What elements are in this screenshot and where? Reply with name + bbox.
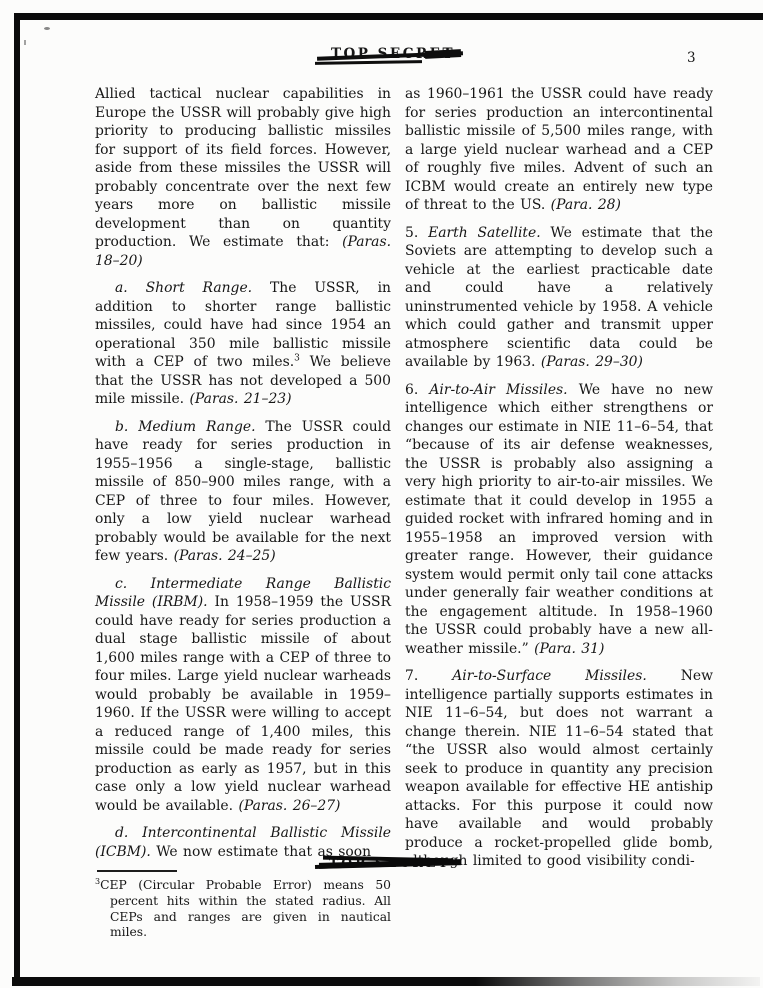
text-columns: Allied tactical nuclear capabilities in … bbox=[95, 85, 713, 941]
scan-artifact bbox=[24, 40, 26, 45]
footnote-body: CEP (Circular Probable Error) means 50 p… bbox=[100, 878, 391, 939]
document-page: TOP SECRET 3 Allied tactical nuclear cap… bbox=[0, 0, 763, 988]
paragraph: Allied tactical nuclear capabilities in … bbox=[95, 85, 391, 270]
text-segment: (Paras. 24–25) bbox=[174, 548, 276, 564]
text-segment: a. Short Range. bbox=[115, 280, 252, 296]
text-segment: Air-to-Surface Missiles. bbox=[452, 668, 647, 684]
text-segment: The USSR could have ready for series pro… bbox=[95, 419, 391, 565]
text-segment: Allied tactical nuclear capabilities in … bbox=[95, 86, 391, 250]
text-segment: Air-to-Air Missiles. bbox=[429, 382, 567, 398]
right-column: as 1960–1961 the USSR could have ready f… bbox=[405, 85, 713, 941]
page-number: 3 bbox=[687, 50, 696, 66]
text-segment: We have no new intelligence which either… bbox=[405, 382, 713, 657]
scan-edge-bottom bbox=[12, 977, 760, 986]
classification-footer: TOP SECRET bbox=[329, 855, 451, 870]
text-segment: b. Medium Range. bbox=[115, 419, 256, 435]
text-segment: as 1960–1961 the USSR could have ready f… bbox=[405, 86, 713, 213]
footnote: 3CEP (Circular Probable Error) means 50 … bbox=[95, 870, 391, 941]
paragraph: b. Medium Range. The USSR could have rea… bbox=[95, 418, 391, 566]
paragraph: 5. Earth Satellite. We estimate that the… bbox=[405, 224, 713, 372]
strikethrough-mark bbox=[425, 49, 461, 59]
paragraph: c. Intermediate Range Ballistic Missile … bbox=[95, 575, 391, 816]
text-segment: 6. bbox=[405, 382, 429, 398]
classification-header: TOP SECRET bbox=[331, 46, 455, 62]
footnote-text: 3CEP (Circular Probable Error) means 50 … bbox=[95, 878, 391, 941]
scan-artifact bbox=[44, 27, 50, 30]
footnote-rule bbox=[97, 870, 177, 872]
text-segment: New intelligence partially supports esti… bbox=[405, 668, 713, 869]
text-segment: We estimate that the Soviets are attempt… bbox=[405, 225, 713, 371]
text-segment: 5. bbox=[405, 225, 428, 241]
text-segment: (Para. 28) bbox=[551, 197, 621, 213]
text-segment: In 1958–1959 the USSR could have ready f… bbox=[95, 594, 391, 814]
left-column: Allied tactical nuclear capabilities in … bbox=[95, 85, 391, 941]
text-segment: 7. bbox=[405, 668, 452, 684]
text-segment: (Para. 31) bbox=[534, 641, 604, 657]
text-segment: (Paras. 29–30) bbox=[541, 354, 643, 370]
text-segment: (Paras. 26–27) bbox=[238, 798, 340, 814]
paragraph: as 1960–1961 the USSR could have ready f… bbox=[405, 85, 713, 215]
scan-edge-top bbox=[14, 13, 763, 20]
text-segment: Earth Satellite. bbox=[428, 225, 541, 241]
scan-edge-left bbox=[14, 13, 20, 977]
paragraph: 7. Air-to-Surface Missiles. New intellig… bbox=[405, 667, 713, 871]
text-segment: (Paras. 21–23) bbox=[190, 391, 292, 407]
paragraph: a. Short Range. The USSR, in addition to… bbox=[95, 279, 391, 409]
paragraph: 6. Air-to-Air Missiles. We have no new i… bbox=[405, 381, 713, 659]
